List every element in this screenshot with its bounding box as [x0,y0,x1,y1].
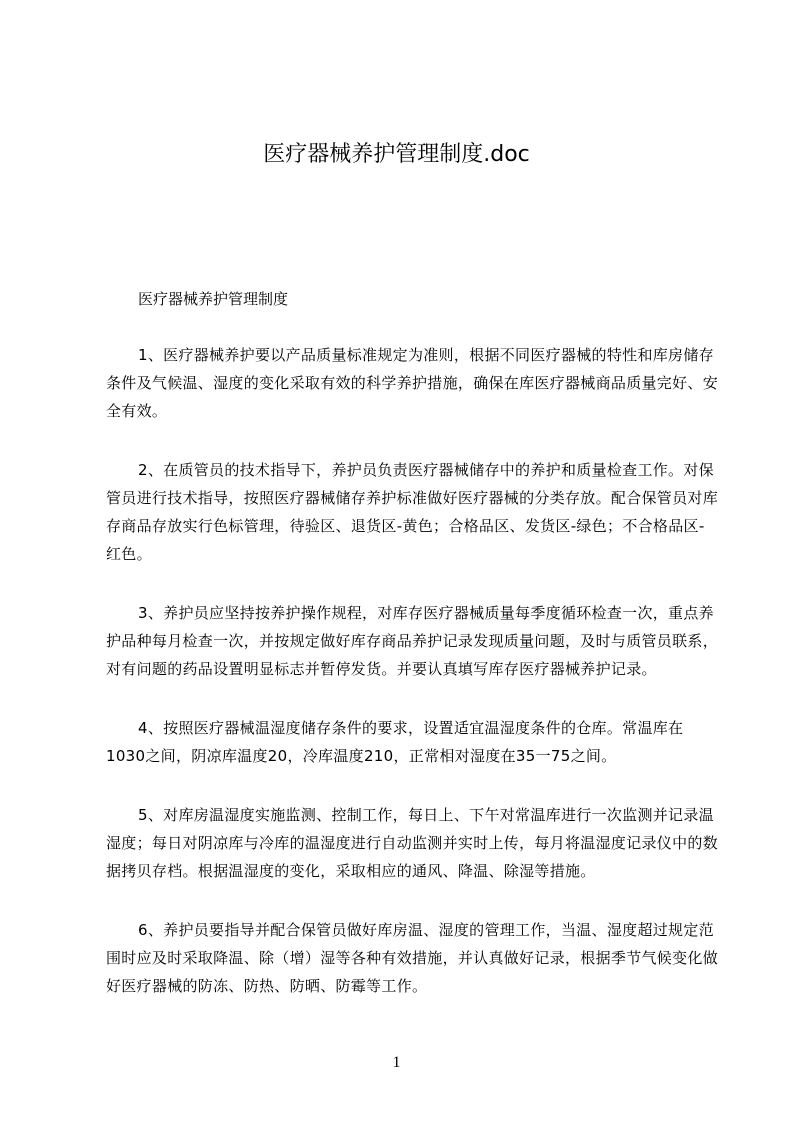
paragraph-6: 6、养护员要指导并配合保管员做好库房温、湿度的管理工作，当温、湿度超过规定范围时… [106,916,718,1000]
section-heading: 医疗器械养护管理制度 [106,289,718,309]
document-body: 医疗器械养护管理制度 1、医疗器械养护要以产品质量标准规定为准则，根据不同医疗器… [106,289,718,1031]
document-title: 医疗器械养护管理制度.doc [0,140,793,170]
paragraph-5: 5、对库房温湿度实施监测、控制工作，每日上、下午对常温库进行一次监测并记录温湿度… [106,801,718,885]
paragraph-4: 4、按照医疗器械温湿度储存条件的要求，设置适宜温湿度条件的仓库。常温库在1030… [106,714,718,770]
page-number: 1 [0,1054,793,1072]
paragraph-2: 2、在质管员的技术指导下，养护员负责医疗器械储存中的养护和质量检查工作。对保管员… [106,456,718,568]
paragraph-3: 3、养护员应坚持按养护操作规程，对库存医疗器械质量每季度循环检查一次，重点养护品… [106,599,718,683]
paragraph-1: 1、医疗器械养护要以产品质量标准规定为准则，根据不同医疗器械的特性和库房储存条件… [106,341,718,425]
